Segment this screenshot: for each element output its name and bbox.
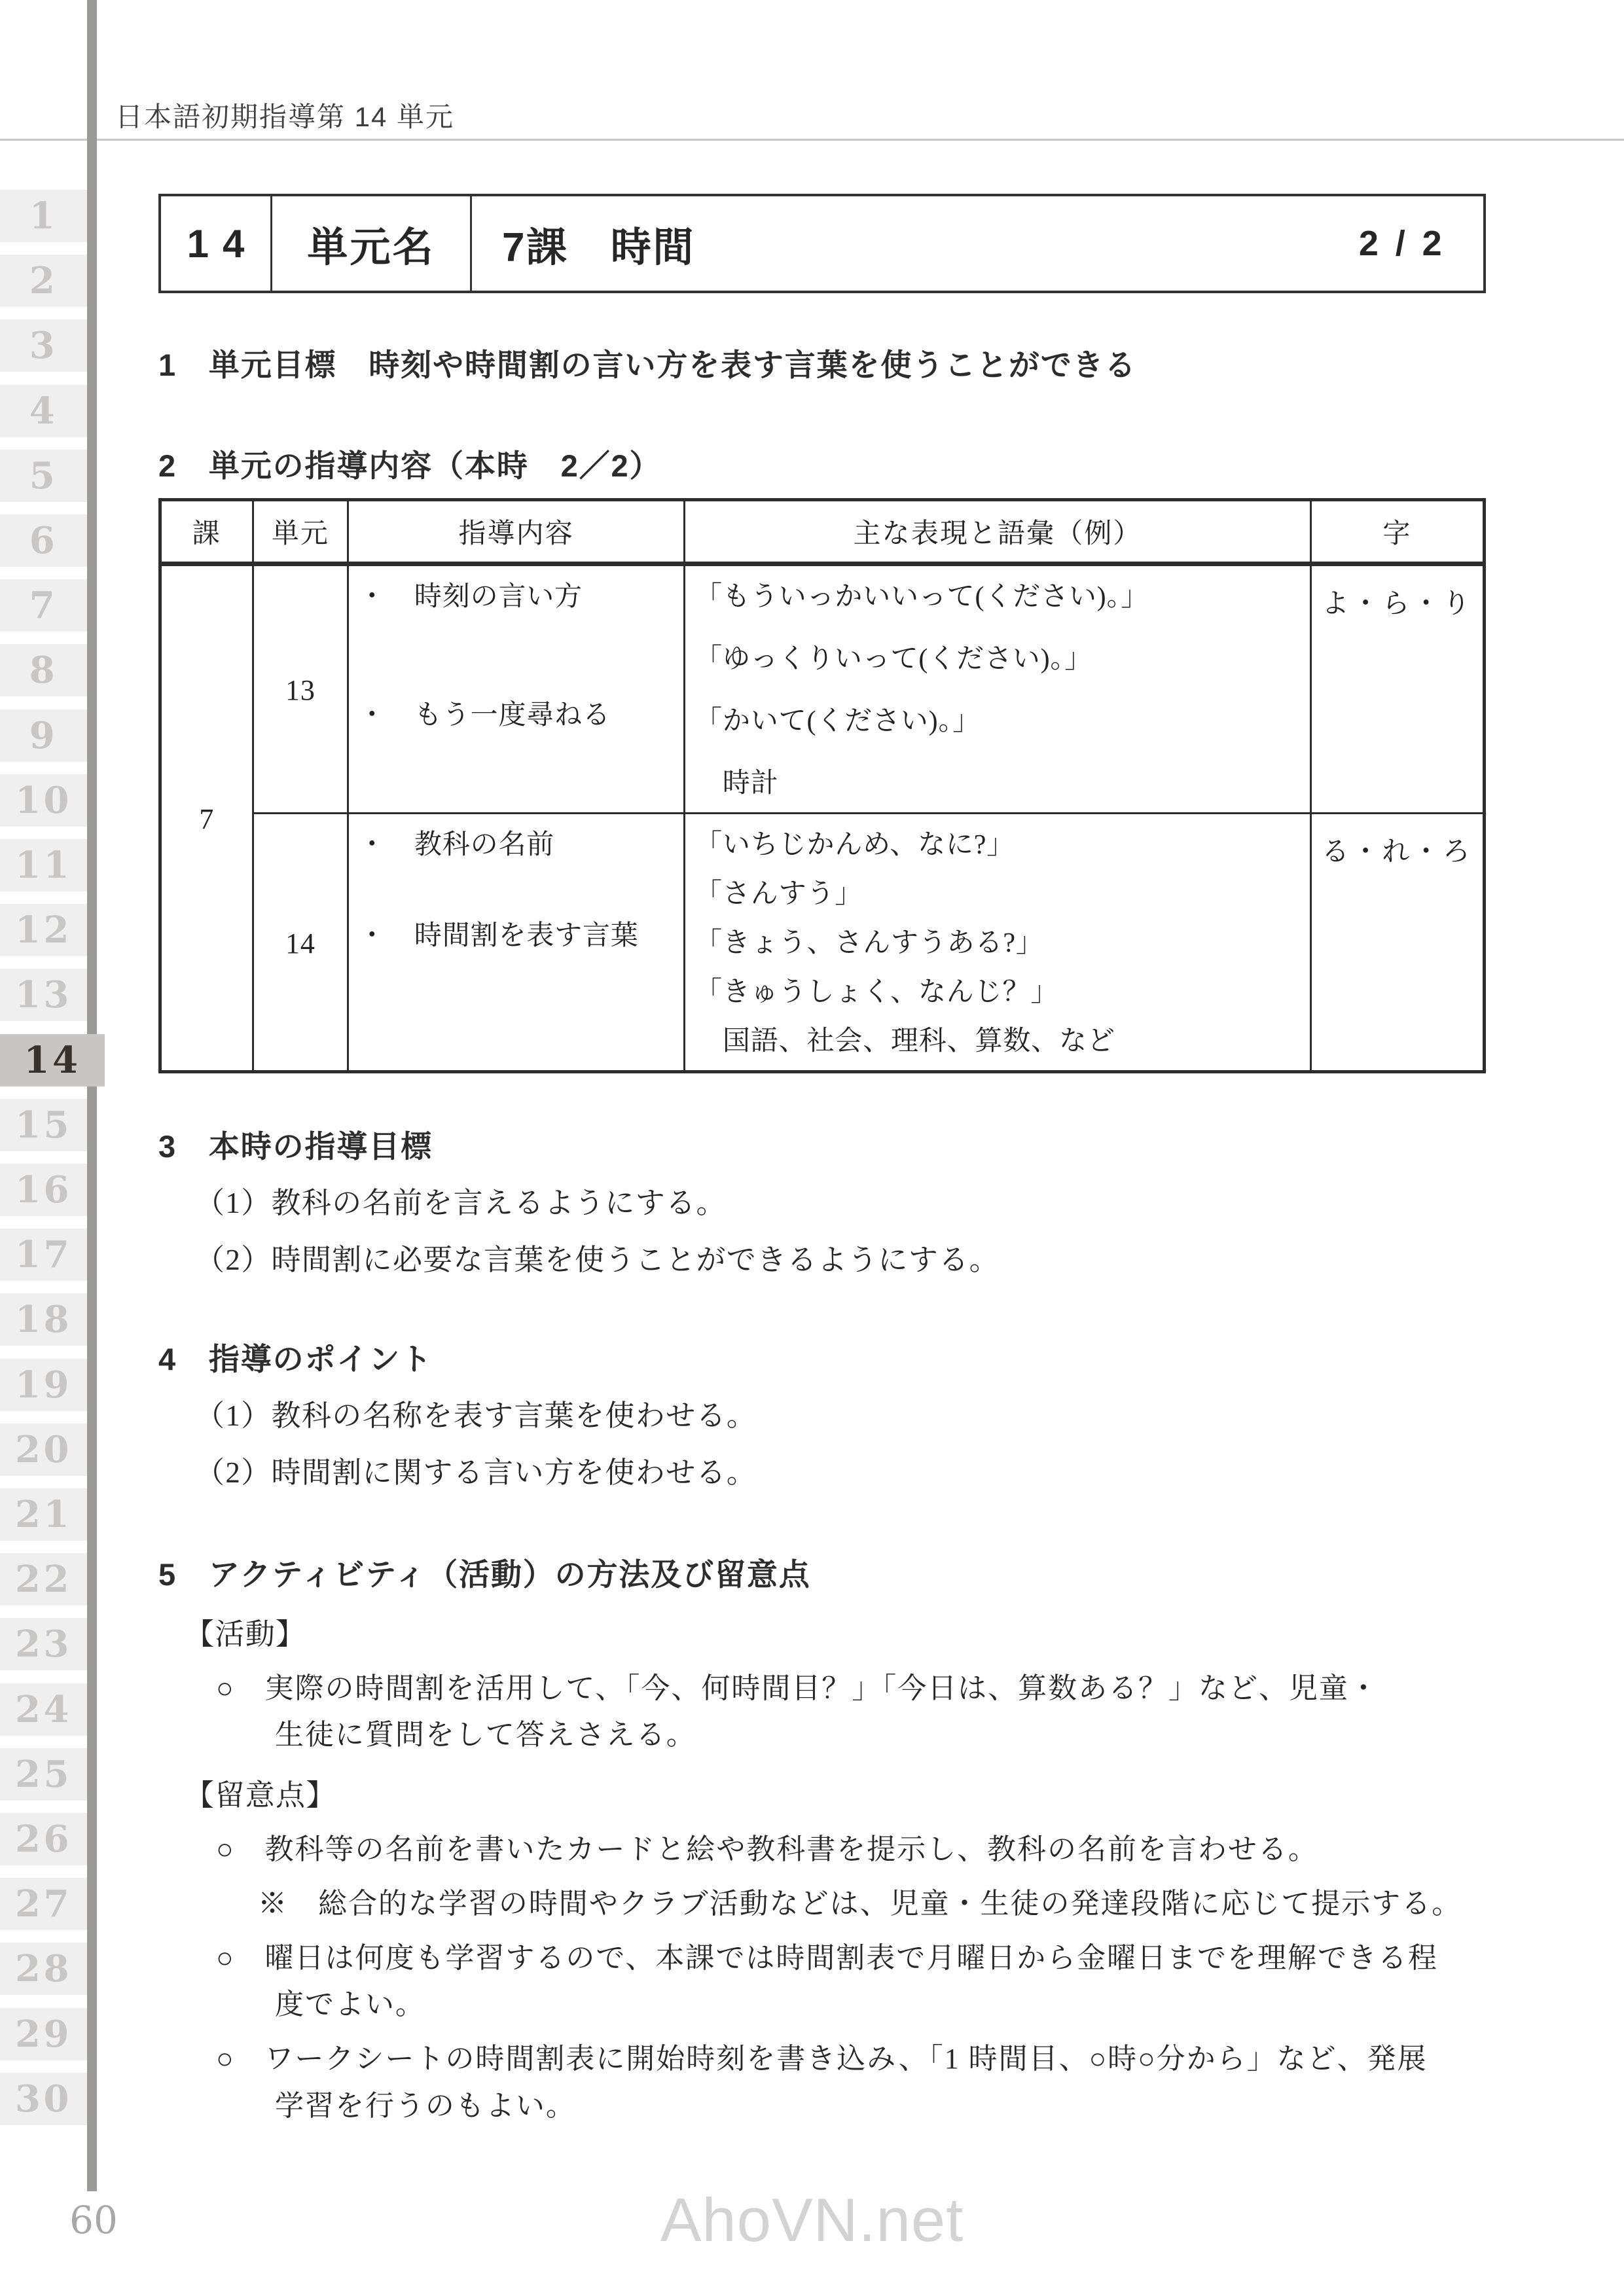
col-header-expressions: 主な表現と語彙（例） [685,499,1311,564]
sidebar-tab-23: 23 [0,1618,87,1670]
title-bar: 14 単元名 7課 時間 2 / 2 [158,194,1486,293]
section4-heading: 4 指導のポイント [158,1341,1486,1378]
text-line: ・ 教科の名前 [358,830,674,861]
section4-item-2: （2）時間割に関する言い方を使わせる。 [195,1454,1486,1491]
text-line: ・ 時間割を表す言葉 [358,921,674,952]
sidebar-tab-26: 26 [0,1813,87,1865]
text-line: 学習を行うのもよい。 [275,2087,1486,2125]
title-unit-name: 7課 時間 [502,215,695,273]
col-header-unit: 単元 [253,499,348,564]
sidebar-tab-13: 13 [0,969,87,1021]
title-unit-number: 14 [161,196,272,291]
title-page-indicator: 2 / 2 [1359,223,1445,264]
text-line: 「かいて(ください)。」 [695,706,1301,737]
sidebar-tab-20: 20 [0,1424,87,1476]
sidebar-tab-5: 5 [0,450,87,502]
sidebar-tab-8: 8 [0,644,87,696]
cell-expressions-14: 「いちじかんめ、なに?」「さんすう」「きょう、さんすうある?」「きゅうしょく、な… [685,813,1311,1071]
notes-label: 【留意点】 [185,1771,1486,1814]
text-line: 時計 [695,768,1301,799]
sidebar-tab-4: 4 [0,385,87,437]
header-rule [0,139,1624,141]
cell-unit-13: 13 [253,564,348,813]
note-star-1: ※ 総合的な学習の時間やクラブ活動などは、児童・生徒の発達段階に応じて提示する。 [258,1885,1486,1922]
cell-kana-14: る・れ・ろ [1310,813,1484,1071]
text-line: 度でよい。 [275,1986,1486,2023]
section3-item-1: （1）教科の名前を言えるようにする。 [195,1185,1486,1221]
text-line: 生徒に質問をして答えさえる。 [275,1716,1486,1753]
cell-kana-13: よ・ら・り [1310,564,1484,813]
col-header-kana: 字 [1310,499,1484,564]
table-row-unit14: 14 ・ 教科の名前・ 時間割を表す言葉 「いちじかんめ、なに?」「さんすう」「… [160,813,1485,1071]
sidebar-tab-17: 17 [0,1229,87,1281]
sidebar-tab-2: 2 [0,255,87,307]
cell-lesson: 7 [160,564,253,1071]
text-line: ・ 時刻の言い方 [358,582,674,613]
activity-bullet: ○ 実際の時間割を活用して、「今、何時間目？」「今日は、算数ある？」など、児童・… [216,1670,1486,1753]
text-line: ○ 教科等の名前を書いたカードと絵や教科書を提示し、教科の名前を言わせる。 [216,1831,1486,1868]
sidebar-tab-22: 22 [0,1553,87,1605]
cell-contents-13: ・ 時刻の言い方・ もう一度尋ねる [348,564,685,813]
col-header-contents: 指導内容 [348,499,685,564]
note-bullet-2: ○ 曜日は何度も学習するので、本課では時間割表で月曜日から金曜日までを理解できる… [216,1939,1486,2023]
note-bullet-1: ○ 教科等の名前を書いたカードと絵や教科書を提示し、教科の名前を言わせる。 [216,1831,1486,1868]
watermark: AhoVN.net [0,2185,1624,2255]
text-line: ○ 曜日は何度も学習するので、本課では時間割表で月曜日から金曜日までを理解できる… [216,1939,1486,1977]
sidebar-tab-19: 19 [0,1359,87,1411]
title-unit-label: 単元名 [272,196,472,291]
table-header-row: 課 単元 指導内容 主な表現と語彙（例） 字 [160,499,1485,564]
unit-content-table: 課 単元 指導内容 主な表現と語彙（例） 字 7 13 ・ 時刻の言い方・ もう… [158,498,1486,1073]
sidebar-tab-21: 21 [0,1488,87,1541]
document-header: 日本語初期指導第 14 単元 [115,96,454,135]
sidebar-tab-7: 7 [0,579,87,632]
sidebar-tab-10: 10 [0,774,87,827]
sidebar-tab-24: 24 [0,1683,87,1736]
text-line: 「きょう、さんすうある?」 [695,928,1301,959]
col-header-lesson: 課 [160,499,253,564]
table-row-unit13: 7 13 ・ 時刻の言い方・ もう一度尋ねる 「もういっかいいって(ください)。… [160,564,1485,813]
section5-heading: 5 アクティビティ（活動）の方法及び留意点 [158,1556,1486,1593]
sidebar-tab-30: 30 [0,2073,87,2125]
text-line: 「もういっかいいって(ください)。」 [695,582,1301,613]
text-line: 「ゆっくりいって(ください)。」 [695,644,1301,675]
sidebar-tab-27: 27 [0,1878,87,1930]
section3-item-2: （2）時間割に必要な言葉を使うことができるようにする。 [195,1242,1486,1278]
text-line: 国語、社会、理科、算数、など [695,1026,1301,1057]
sidebar-tab-15: 15 [0,1099,87,1151]
text-line: ○ ワークシートの時間割表に開始時刻を書き込み、「1 時間目、○時○分から」など… [216,2040,1486,2077]
sidebar-tab-18: 18 [0,1293,87,1346]
cell-expressions-13: 「もういっかいいって(ください)。」「ゆっくりいって(ください)。」「かいて(く… [685,564,1311,813]
main-content: 1 単元目標 時刻や時間割の言い方を表す言葉を使うことができる 2 単元の指導内… [158,296,1486,2125]
sidebar-tab-6: 6 [0,514,87,567]
sidebar-vertical-bar [87,0,97,2191]
sidebar-tab-25: 25 [0,1748,87,1801]
sidebar-tab-28: 28 [0,1943,87,1995]
sidebar-tab-11: 11 [0,839,87,891]
sidebar-tab-9: 9 [0,709,87,762]
section1-heading: 1 単元目標 時刻や時間割の言い方を表す言葉を使うことができる [158,347,1486,384]
text-line: 「きゅうしょく、なんじ？」 [695,977,1301,1008]
section3-heading: 3 本時の指導目標 [158,1128,1486,1165]
title-main-cell: 7課 時間 2 / 2 [472,196,1483,291]
sidebar-tab-14: 14 [0,1034,105,1086]
note-bullet-3: ○ ワークシートの時間割表に開始時刻を書き込み、「1 時間目、○時○分から」など… [216,2040,1486,2124]
cell-unit-14: 14 [253,813,348,1071]
sidebar-tab-12: 12 [0,904,87,956]
text-line: 「いちじかんめ、なに?」 [695,830,1301,861]
sidebar-tab-3: 3 [0,319,87,372]
text-line: ※ 総合的な学習の時間やクラブ活動などは、児童・生徒の発達段階に応じて提示する。 [258,1885,1486,1922]
sidebar-tab-1: 1 [0,190,87,242]
activity-label: 【活動】 [185,1610,1486,1653]
cell-contents-14: ・ 教科の名前・ 時間割を表す言葉 [348,813,685,1071]
text-line: 「さんすう」 [695,879,1301,910]
text-line: ・ もう一度尋ねる [358,700,674,731]
text-line: ○ 実際の時間割を活用して、「今、何時間目？」「今日は、算数ある？」など、児童・ [216,1670,1486,1707]
sidebar-tab-16: 16 [0,1164,87,1216]
section4-item-1: （1）教科の名称を表す言葉を使わせる。 [195,1397,1486,1434]
section2-heading: 2 単元の指導内容（本時 2／2） [158,448,1486,484]
sidebar-tab-29: 29 [0,2008,87,2060]
